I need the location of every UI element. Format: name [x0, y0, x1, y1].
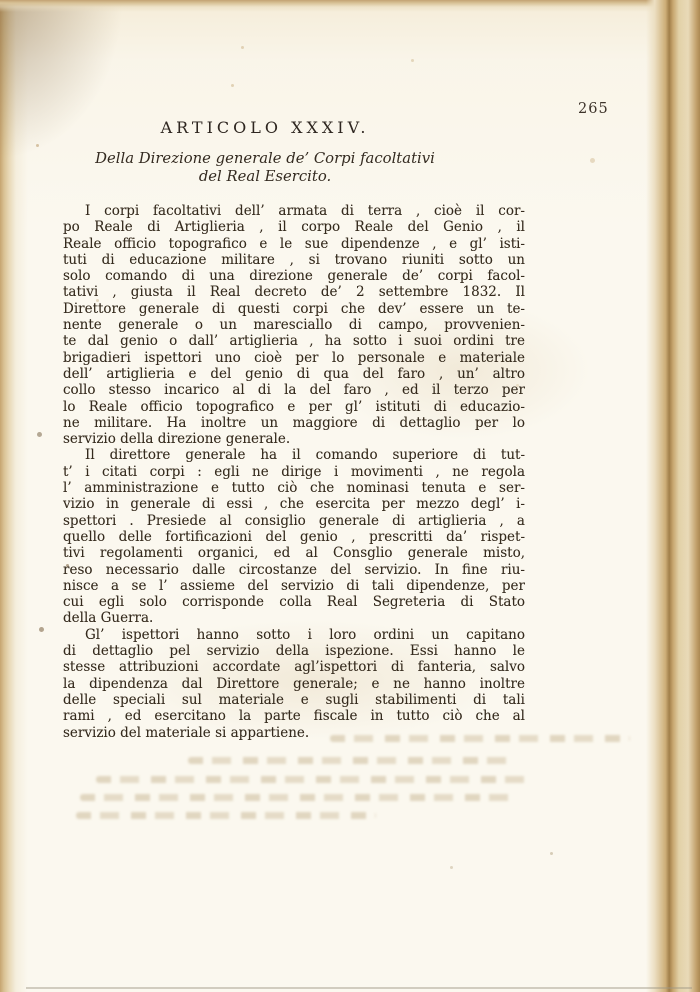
- text-line: delle speciali sul materiale e sugli sta…: [63, 692, 525, 708]
- text-line: nisce a se l’ assieme del servizio di ta…: [63, 578, 525, 594]
- text-line: po Reale di Artiglieria , il corpo Reale…: [63, 219, 525, 235]
- article-title: ARTICOLO XXXIV.: [33, 118, 497, 137]
- text-line: spettori . Presiede al consiglio general…: [63, 513, 525, 529]
- text-line: Il direttore generale ha il comando supe…: [63, 447, 525, 463]
- book-page-scan: 265 ARTICOLO XXXIV. Della Direzione gene…: [0, 0, 700, 992]
- text-line: tivi regolamenti organici, ed al Consgli…: [63, 545, 525, 561]
- text-line: servizio della direzione generale.: [63, 431, 525, 447]
- body-text: I corpi facoltativi dell’ armata di terr…: [63, 203, 525, 741]
- page-edge-left: [0, 0, 28, 992]
- text-line: I corpi facoltativi dell’ armata di terr…: [63, 203, 525, 219]
- text-line: Reale officio topografico e le sue dipen…: [63, 236, 525, 252]
- text-line: Gl’ ispettori hanno sotto i loro ordini …: [63, 627, 525, 643]
- text-line: Direttore generale di questi corpi che d…: [63, 301, 525, 317]
- text-line: di dettaglio pel servizio della ispezion…: [63, 643, 525, 659]
- showthrough-text: [188, 757, 518, 764]
- article-subtitle: Della Direzione generale de’ Corpi facol…: [33, 150, 497, 185]
- page-edge-right: [646, 0, 700, 992]
- text-line: servizio del materiale si appartiene.: [63, 725, 525, 741]
- text-line: ne militare. Ha inoltre un maggiore di d…: [63, 415, 525, 431]
- page-edge-bottom: [26, 987, 692, 989]
- text-line: vizio in generale di essi , che esercita…: [63, 496, 525, 512]
- text-line: collo stesso incarico al di la del faro …: [63, 382, 525, 398]
- text-line: l’ amministrazione e tutto ciò che nomin…: [63, 480, 525, 496]
- page-edge-top: [0, 0, 700, 12]
- text-line: rami , ed esercitano la parte fiscale in…: [63, 708, 525, 724]
- text-line: reso necessario dalle circostanze del se…: [63, 562, 525, 578]
- text-line: solo comando di una direzione generale d…: [63, 268, 525, 284]
- page-number: 265: [578, 101, 638, 117]
- showthrough-text: [80, 794, 520, 801]
- article-subtitle-line1: Della Direzione generale de’ Corpi facol…: [33, 150, 497, 168]
- text-line: lo Reale officio topografico e per gl’ i…: [63, 399, 525, 415]
- text-line: te dal genio o dall’ artiglieria , ha so…: [63, 333, 525, 349]
- paragraph: Il direttore generale ha il comando supe…: [63, 447, 525, 626]
- text-line: la dipendenza dal Direttore generale; e …: [63, 676, 525, 692]
- text-line: tativi , giusta il Real decreto de’ 2 se…: [63, 284, 525, 300]
- text-line: quello delle fortificazioni del genio , …: [63, 529, 525, 545]
- text-line: cui egli solo corrisponde colla Real Seg…: [63, 594, 525, 610]
- showthrough-text: [76, 812, 376, 819]
- article-subtitle-line2: del Real Esercito.: [33, 168, 497, 186]
- text-line: della Guerra.: [63, 610, 525, 626]
- text-line: dell’ artiglieria e del genio di qua del…: [63, 366, 525, 382]
- text-line: nente generale o un maresciallo di campo…: [63, 317, 525, 333]
- text-line: tuti di educazione militare , si trovano…: [63, 252, 525, 268]
- paragraph: Gl’ ispettori hanno sotto i loro ordini …: [63, 627, 525, 741]
- text-line: brigadieri ispettori uno cioè per lo per…: [63, 350, 525, 366]
- showthrough-text: [96, 776, 526, 783]
- text-line: stesse attribuzioni accordate agl’ispett…: [63, 659, 525, 675]
- foxing-specks: [36, 144, 39, 147]
- text-line: t’ i citati corpi : egli ne dirige i mov…: [63, 464, 525, 480]
- paragraph: I corpi facoltativi dell’ armata di terr…: [63, 203, 525, 447]
